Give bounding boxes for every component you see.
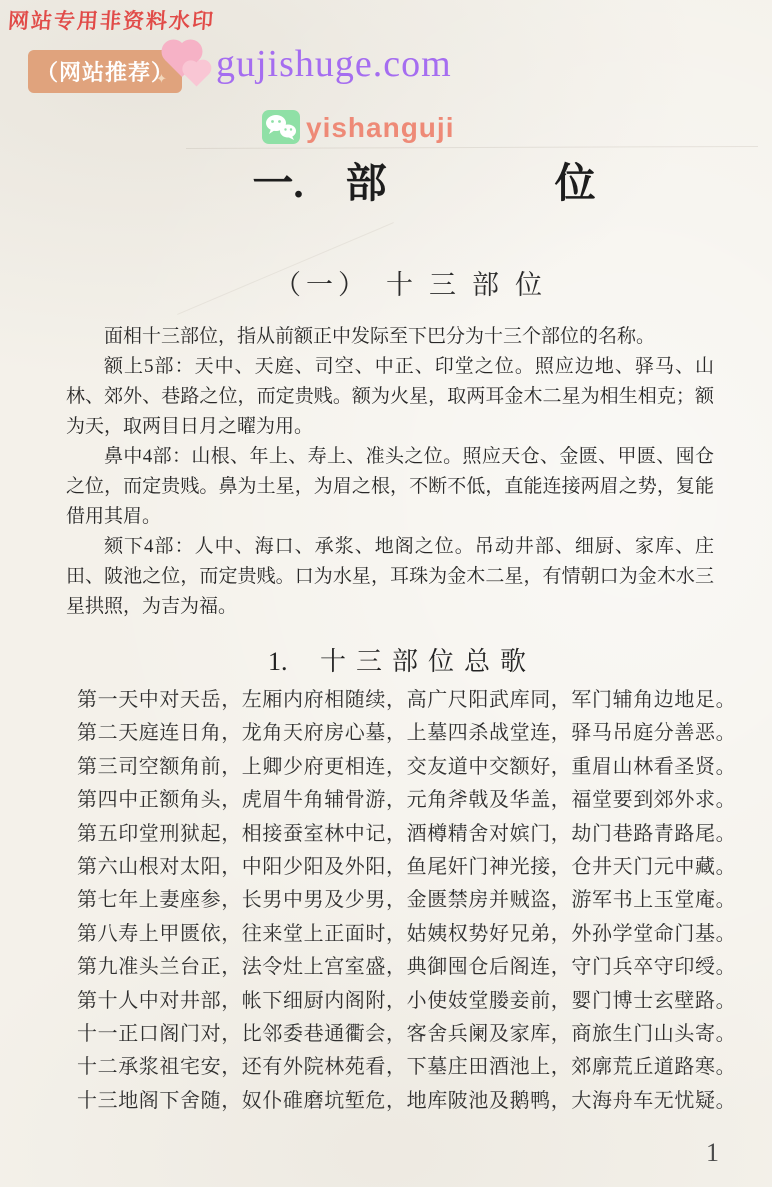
page-number: 1 [706,1138,719,1168]
paragraph: 面相十三部位，指从前额正中发际至下巴分为十三个部位的名称。 [66,322,714,352]
chapter-title: 一. 部 位 [38,150,772,209]
verse-line: 第二天庭连日角，龙角天府房心墓，上墓四杀战堂连，驿马吊庭分善恶。 [77,717,736,750]
heart-icon [184,62,208,86]
wechat-icon [262,110,300,149]
paragraph: 颏下4部：人中、海口、承浆、地阁之位。吊动井部、细厨、家库、庄田、陂池之位，而定… [66,532,714,622]
paragraph: 鼻中4部：山根、年上、寿上、准头之位。照应天仓、金匮、甲匮、囤仓之位，而定贵贱。… [66,442,714,532]
watermark-wechat-name: yishanguji [306,112,454,144]
scanned-book-page: 网站专用非资料水印 （网站推荐） ✦ gujishuge.com yishang… [0,0,772,1187]
song-verse: 第一天中对天岳，左厢内府相随续，高广尺阳武库同，军门辅角边地足。 第二天庭连日角… [77,684,736,1118]
song-heading-number: 1. [268,647,288,676]
chapter-number: 一. [252,150,303,209]
hearts-icon: ✦ [156,34,220,98]
sparkle-icon: ✦ [156,72,167,87]
verse-line: 第六山根对太阳，中阳少阳及外阳，鱼尾奸门神光接，仓井天门元中藏。 [77,851,736,884]
section-title-char: 十 [386,263,413,302]
verse-line: 第三司空额角前，上卿少府更相连，交友道中交额好，重眉山林看圣贤。 [77,751,736,784]
section-title-char: 三 [429,263,456,302]
watermark-corner-text: 网站专用非资料水印 [7,5,216,35]
section-number: （一） [274,263,370,302]
verse-line: 第七年上妻座参，长男中男及少男，金匮禁房并贼盗，游军书上玉堂庵。 [77,884,736,917]
verse-line: 第一天中对天岳，左厢内府相随续，高广尺阳武库同，军门辅角边地足。 [77,684,736,717]
verse-line: 第十人中对井部，帐下细厨内阁附，小使妓堂媵妾前，婴门博士玄壁路。 [77,985,736,1018]
verse-line: 第八寿上甲匮依，往来堂上正面时，姑姨权势好兄弟，外孙学堂命门基。 [77,918,736,951]
chapter-title-char: 部 [346,150,387,209]
section-title-char: 位 [515,263,542,302]
song-heading: 1. 十三部位总歌 [16,641,772,678]
chapter-title-char: 位 [555,150,596,209]
watermark-site-name: gujishuge.com [216,42,452,86]
verse-line: 第五印堂刑狱起，相接蚕室林中记，酒樽精舍对嫔门，劫门巷路青路尾。 [77,818,736,851]
verse-line: 十二承浆祖宅安，还有外院林苑看，下墓庄田酒池上，郊廓荒丘道路寒。 [77,1051,736,1084]
verse-line: 第九准头兰台正，法令灶上宫室盛，典御囤仓后阁连，守门兵卒守印绶。 [77,951,736,984]
section-title-char: 部 [472,263,499,302]
body-text: 面相十三部位，指从前额正中发际至下巴分为十三个部位的名称。 额上5部：天中、天庭… [66,322,714,622]
verse-line: 十三地阁下舍随，奴仆碓磨坑堑危，地库陂池及鹅鸭，大海舟车无忧疑。 [77,1085,736,1118]
verse-line: 十一正口阁门对，比邻委巷通衢会，客舍兵阑及家库，商旅生门山头寄。 [77,1018,736,1051]
section-title: （一） 十 三 部 位 [22,263,772,302]
verse-line: 第四中正额角头，虎眉牛角辅骨游，元角斧戟及华盖，福堂要到郊外求。 [77,784,736,817]
song-heading-title: 十三部位总歌 [320,647,536,676]
paragraph: 额上5部：天中、天庭、司空、中正、印堂之位。照应边地、驿马、山林、郊外、巷路之位… [66,352,714,442]
